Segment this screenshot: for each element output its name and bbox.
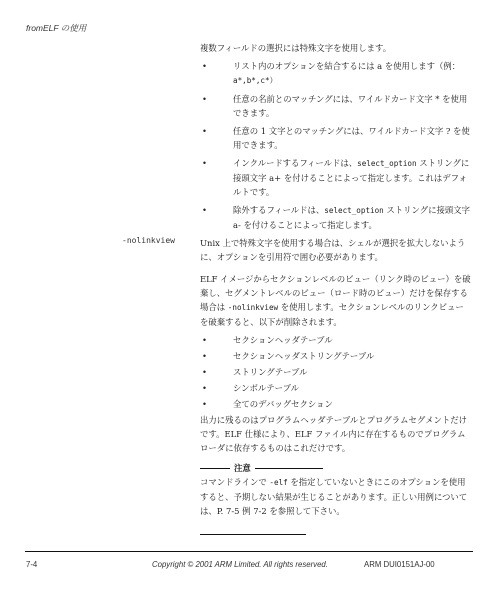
code-text: select_option [357,159,416,168]
bullet-icon: • [200,349,233,363]
list-item: • リスト内のオプションを結合するには a を使用します（例：a*,b*,c*） [200,59,472,88]
bullet-icon: • [200,365,233,379]
bullet-icon: • [200,203,233,232]
bullet-icon: • [200,59,233,88]
note-rule-left [200,468,230,469]
list-item: •シンボルテーブル [200,381,472,395]
page-number: 7-4 [26,560,37,569]
list-item: •セクションヘッダテーブル [200,333,472,347]
list-item: • 任意の名前とのマッチングには、ワイルドカード文字 * を使用できます。 [200,92,472,120]
running-header: fromELF の使用 [26,22,86,34]
special-chars-intro: 複数フィールドの選択には特殊文字を使用します。 [200,41,472,55]
note-rule-right [255,468,323,469]
list-item: • インクルードするフィールドは、select_option ストリングに接頭文… [200,156,472,199]
bullet-icon: • [200,124,233,152]
code-text: -nolinkview [228,303,278,312]
document-id: ARM DUI0151AJ-00 [364,560,435,569]
bullet-icon: • [200,333,233,347]
copyright-notice: Copyright © 2001 ARM Limited. All rights… [152,560,328,569]
list-item: •ストリングテーブル [200,365,472,379]
list-item: • 任意の 1 文字とのマッチングには、ワイルドカード文字 ? を使用できます。 [200,124,472,152]
bullet-icon: • [200,156,233,199]
remaining-output-text: 出力に残るのはプログラムヘッダテーブルとプログラムセグメントだけです。ELF 仕… [200,413,472,455]
option-name-label: -nolinkview [122,236,175,245]
bullet-icon: • [200,381,233,395]
code-text: a*,b*,c*） [233,76,277,85]
list-item: • 除外するフィールドは、select_option ストリングに接頭文字 a-… [200,203,472,232]
bullet-icon: • [200,92,233,120]
nolinkview-description: ELF イメージからセクションレベルのビュー（リンク時のビュー）を破棄し、セグメ… [200,272,472,329]
code-text: -elf [269,478,287,487]
list-item: •セクションヘッダストリングテーブル [200,349,472,363]
unix-quoting-note: Unix 上で特殊文字を使用する場合は、シェルが選択を拡大しないように、オプショ… [200,236,472,264]
note-title: 注意 [230,461,255,475]
footer-rule [25,551,473,552]
main-text-column: 複数フィールドの選択には特殊文字を使用します。 • リスト内のオプションを結合す… [200,41,472,535]
note-heading: 注意 [200,461,472,475]
code-text: select_option [324,206,383,215]
bullet-icon: • [200,397,233,411]
note-body: コマンドラインで -elf を指定していないときにこのオプションを使用すると、予… [200,475,472,518]
note-end-rule [200,534,306,535]
list-item: •全てのデバッグセクション [200,397,472,411]
